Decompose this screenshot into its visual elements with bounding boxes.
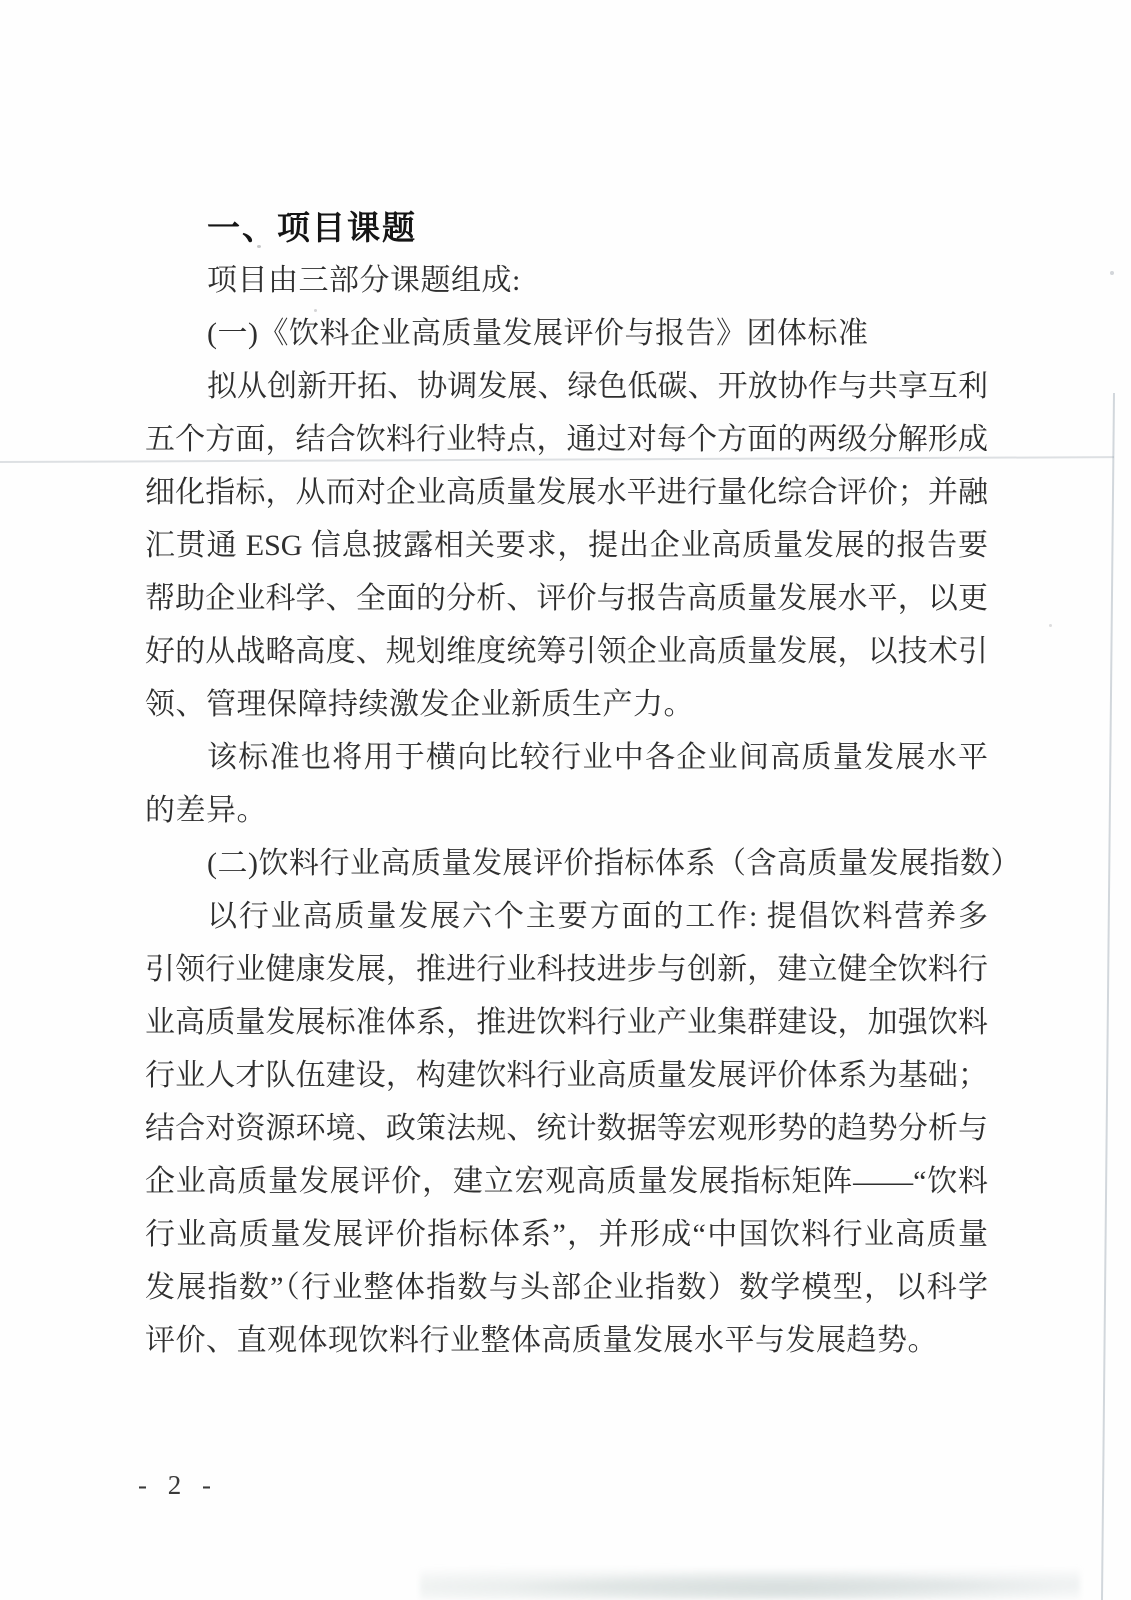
text-line: 发展指数”（行业整体指数与头部企业指数）数学模型，以科学	[145, 1261, 988, 1314]
text-line: (二)饮料行业高质量发展评价指标体系（含高质量发展指数）	[145, 837, 988, 890]
scan-speck	[1110, 271, 1114, 275]
text-line: 拟从创新开拓、协调发展、绿色低碳、开放协作与共享互利	[145, 360, 988, 413]
text-line: 以行业高质量发展六个主要方面的工作: 提倡饮料营养多元、	[145, 890, 988, 943]
text-line: 细化指标，从而对企业高质量发展水平进行量化综合评价；并融	[145, 466, 988, 519]
text-line: 评价、直观体现饮料行业整体高质量发展水平与发展趋势。	[145, 1314, 988, 1367]
scanned-document-page: 一、项目课题项目由三部分课题组成:(一)《饮料企业高质量发展评价与报告》团体标准…	[0, 0, 1131, 1600]
text-line: 项目由三部分课题组成:	[145, 254, 988, 307]
text-line: 结合对资源环境、政策法规、统计数据等宏观形势的趋势分析与	[145, 1102, 988, 1155]
text-line: 行业人才队伍建设，构建饮料行业高质量发展评价体系为基础；	[145, 1049, 988, 1102]
scan-artifact-vertical-line	[1101, 393, 1115, 1600]
scan-artifact-bottom-noise	[420, 1562, 1080, 1600]
scan-speck	[314, 309, 317, 312]
text-line: 企业高质量发展评价，建立宏观高质量发展指标矩阵——“饮料	[145, 1155, 988, 1208]
page-number: - 2 -	[138, 1470, 218, 1501]
text-line: (一)《饮料企业高质量发展评价与报告》团体标准	[145, 307, 988, 360]
document-body: 一、项目课题项目由三部分课题组成:(一)《饮料企业高质量发展评价与报告》团体标准…	[145, 201, 988, 1367]
text-line: 的差异。	[145, 784, 988, 837]
scan-speck	[1049, 624, 1052, 627]
section-heading: 一、项目课题	[145, 201, 988, 254]
text-line: 领、管理保障持续激发企业新质生产力。	[145, 678, 988, 731]
text-line: 业高质量发展标准体系，推进饮料行业产业集群建设，加强饮料	[145, 996, 988, 1049]
scan-speck	[257, 245, 261, 248]
text-line: 好的从战略高度、规划维度统筹引领企业高质量发展，以技术引	[145, 625, 988, 678]
text-line: 帮助企业科学、全面的分析、评价与报告高质量发展水平，以更	[145, 572, 988, 625]
text-line: 引领行业健康发展，推进行业科技进步与创新，建立健全饮料行	[145, 943, 988, 996]
text-line: 该标准也将用于横向比较行业中各企业间高质量发展水平	[145, 731, 988, 784]
text-line: 汇贯通 ESG 信息披露相关要求，提出企业高质量发展的报告要求；	[145, 519, 988, 572]
text-line: 行业高质量发展评价指标体系”，并形成“中国饮料行业高质量	[145, 1208, 988, 1261]
